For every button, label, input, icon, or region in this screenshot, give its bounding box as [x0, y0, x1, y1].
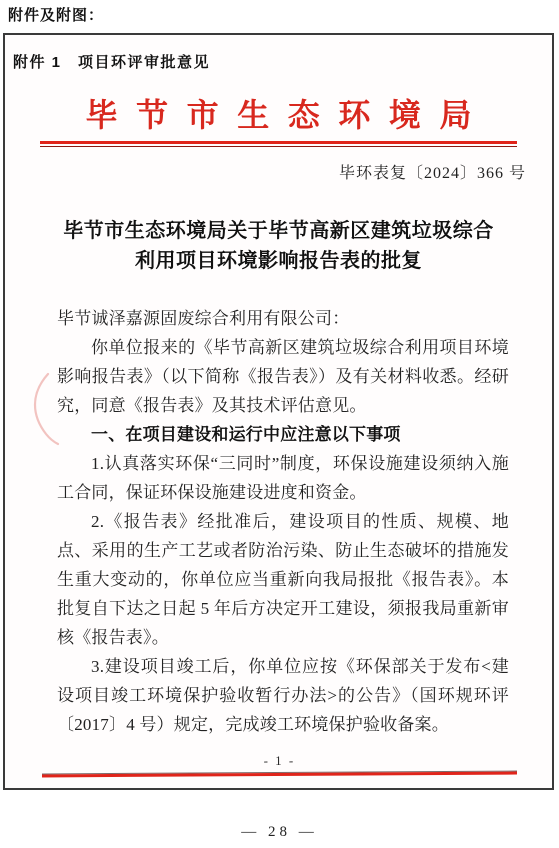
document-reference-number: 毕环表复〔2024〕366 号	[5, 160, 552, 183]
attachment-border-box: 附件 1 项目环评审批意见 毕节市生态环境局 毕环表复〔2024〕366 号 毕…	[3, 33, 554, 790]
agency-letterhead: 毕节市生态环境局	[5, 90, 552, 136]
letterhead-double-rule	[40, 141, 517, 147]
scanned-document-page: { "page": { "header_label": "附件及附图：", "b…	[0, 0, 559, 848]
outer-page-number: — 28 —	[0, 824, 559, 841]
letter-title-line1: 毕节市生态环境局关于毕节高新区建筑垃圾综合	[5, 216, 552, 246]
body-paragraph: 2.《报告表》经批准后，建设项目的性质、规模、地点、采用的生产工艺或者防治污染、…	[57, 507, 509, 652]
recipient-line: 毕节诚泽嘉源固废综合利用有限公司：	[57, 304, 509, 333]
body-paragraph: 你单位报来的《毕节高新区建筑垃圾综合利用项目环境影响报告表》（以下简称《报告表》…	[57, 333, 509, 420]
letter-title-line2: 利用项目环境影响报告表的批复	[5, 246, 552, 276]
letter-page-number: - 1 -	[42, 752, 517, 771]
body-paragraph: 1.认真落实环保“三同时”制度，环保设施建设须纳入施工合同，保证环保设施建设进度…	[57, 449, 509, 507]
body-paragraph: 3.建设项目竣工后，你单位应按《环保部关于发布<建设项目竣工环境保护验收暂行办法…	[57, 652, 509, 739]
footer-red-rule: - 1 -	[42, 771, 517, 778]
letter-body: 毕节诚泽嘉源固废综合利用有限公司： 你单位报来的《毕节高新区建筑垃圾综合利用项目…	[57, 304, 509, 739]
section-heading: 一、在项目建设和运行中应注意以下事项	[57, 420, 509, 449]
attachment-title: 附件 1 项目环评审批意见	[13, 51, 552, 72]
attachments-header-label: 附件及附图：	[8, 4, 104, 25]
letter-title: 毕节市生态环境局关于毕节高新区建筑垃圾综合 利用项目环境影响报告表的批复	[5, 216, 552, 276]
letterhead-rule-thin	[40, 146, 517, 147]
